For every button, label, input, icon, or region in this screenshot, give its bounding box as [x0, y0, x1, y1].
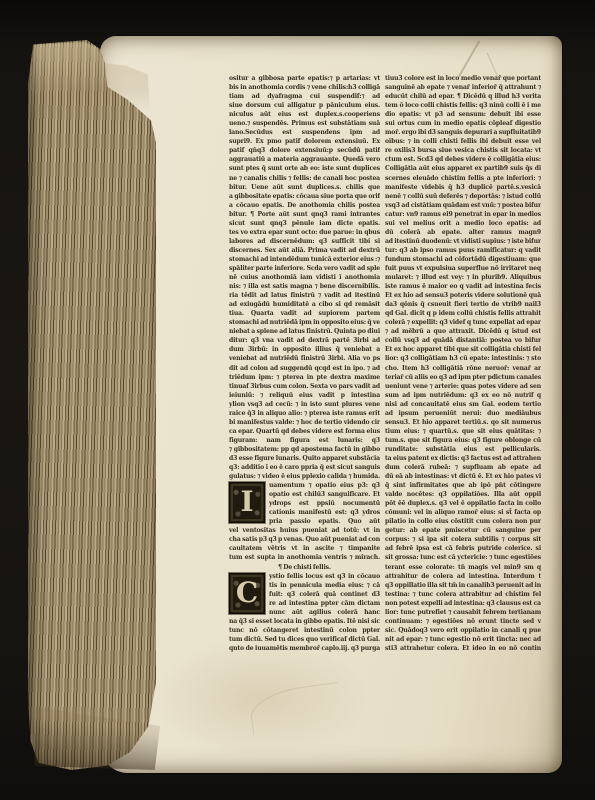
text-line: pōt ēē duplex.s. q3 vel ē oppilatio … [385, 499, 541, 508]
text-line: mularet: ⁊ illud est vey: ⁊ in plurib9. … [385, 273, 541, 282]
text-line: manifeste videbis q̄ h3 duplicē partē.… [385, 183, 541, 192]
text-line: stomachi ad intendēdum tunicā exterior… [229, 255, 380, 264]
text-line: ca epar. Quartū qd debes videre est for… [229, 427, 380, 436]
text-line: fuit puus vt expulsiua superflue nō irr… [385, 264, 541, 273]
text-line: ueniunt vene ⁊ arterie: quas potes vider… [385, 382, 541, 391]
text-line: fundum stomachi ad cōfortādū digestiu… [385, 255, 541, 264]
text-line: qnto de iuuamētis membror̄ caplo.iij. q… [229, 644, 380, 653]
text-line: labores ad discernēdum: q3 sufficit tib… [229, 237, 380, 246]
text-line: tiam ad dyafragma cui suspendif:⁊ ad spo… [229, 92, 380, 101]
text-line: testina: ⁊ tunc colera attrabitur ad chi… [385, 590, 541, 599]
text-line: tis in pennicula media eius: ⁊ cā huius [269, 581, 380, 590]
text-line: ad febrē ipsa est cā febris putride co… [385, 544, 541, 553]
text-line: qd Gal. dicit q p idem collū chistis fe… [385, 309, 541, 318]
chapter-heading: ¶ De chisti fellis. [229, 563, 380, 572]
text-line: tiuu3 colore est in loco medio venar̄ qu… [385, 74, 541, 83]
text-line: bis in anothomia cordis ⁊ vene chilis:h3… [229, 83, 380, 92]
text-line: ria tēdit ad latus finistrū ⁊ vadit ad… [229, 291, 380, 300]
text-line: sti3 attrahetur colera. Et ideo in eo no… [385, 644, 541, 653]
book-fore-edge-leaves [28, 40, 156, 770]
text-column-right: tiuu3 colore est in loco medio venar̄ qu… [385, 74, 541, 653]
text-line: bitur. ¶ Porte aūt sunt qnq3 rami intra… [229, 210, 380, 219]
book-photograph: ositur a gibbosa parte epatis:⁊ p artari… [0, 0, 595, 800]
text-line: uamentum ⁊ opatio eius p3: q3 eius [269, 481, 380, 490]
text-line: sui vel melius orit a medio loco epatis:… [385, 219, 541, 228]
text-line: tem ō loco colli chistis fellis: q3 ninu… [385, 101, 541, 110]
text-line: dum colerā rubeā: ⁊ supfluam ab epate … [385, 463, 541, 472]
text-line: sic. Quādoq3 vero erit oppilatio in can… [385, 626, 541, 635]
text-line: colerā ⁊ expellit: q3 videf q tunc expe… [385, 318, 541, 327]
text-line: oibus: ⁊ in colli chisti fellis ibi debu… [385, 137, 541, 146]
text-line: q3: additio ī eo ē caro ppria q̄ est si… [229, 463, 380, 472]
text-line: Et ex hoc apparet tibi que sit colligāt… [385, 345, 541, 354]
text-line: raice q̄3 in aliquo alio: ⁊ pterea iste … [229, 409, 380, 418]
text-line: re ad intestina ppter cām dictam sup9: [269, 599, 380, 608]
text-line: lior: tunc putrefiet ⁊ causabit febrem t… [385, 608, 541, 617]
text-line: lior: q3 colligātiam h3 cū epate: inte… [385, 354, 541, 363]
text-line: mor̄. ergo ibi d3 sanguis depurari a sup… [385, 128, 541, 137]
text-line: tur: q3 ab ipso ramus puus ramificatur: … [385, 246, 541, 255]
text-line: tiua. Quarta vadit ad supiorem partem de… [229, 309, 380, 318]
woodcut-initial-i: I [229, 482, 265, 523]
text-line: opatio est chilū3 sanguificare. Et quia [269, 490, 380, 499]
text-line: vel ventositas huius pueniat ad totū: v… [229, 526, 380, 535]
text-line: sicut sunt qnq3 pēnule iam dicte epatis… [229, 219, 380, 228]
text-line: discernes. Sex aūt aliā. Prima vadit a… [229, 246, 380, 255]
text-line: ditur: q3 vna vadit ad dextrā partē 3i… [229, 336, 380, 345]
text-line: educūt chilū ad epar. ¶ Dicēdū q ill… [385, 92, 541, 101]
text-line: ositur a gibbosa parte epatis:⁊ p artari… [229, 74, 380, 83]
text-line: scernes eleuādo chistim fellis a pte in… [385, 174, 541, 183]
text-line: sui ortus cum in medio epatis cōpleaf d… [385, 119, 541, 128]
text-line: bitur. Uene aūt sunt duplices.s. chilis… [229, 183, 380, 192]
text-line: sensu3. Et hio apparet tertiū.s. qo sit… [385, 418, 541, 427]
text-line: dit ad colon ad suggendū qcqd est in ip… [229, 364, 380, 373]
text-line: spāliter parte inferiore. Scda vero vad… [229, 264, 380, 273]
text-line: cho. Item h3 colligātiā rōne neruor̄:… [385, 364, 541, 373]
text-line: ta eius patent ex dictis: q3 factus est … [385, 454, 541, 463]
text-line: figuram: nam figura est lunaris: q3 cōc… [229, 436, 380, 445]
text-line: pria passio epatis. Quo aūt acquisitū [269, 517, 380, 526]
text-line: tum.s. que sit figura eius: q3 figure ob… [385, 436, 541, 445]
text-line: veniebat ad nutriēdū finistrū 3irbi. … [229, 354, 380, 363]
text-line: tinuaf 3irbus cum colon. Sexta vo pars v… [229, 382, 380, 391]
text-line: pilatio in collo eius cōstitit cum cole… [385, 517, 541, 526]
text-line: ad itestinū duodenū: vt vidisti supius… [385, 237, 541, 246]
text-line: dū colerā ab epate. alter ramus magn9 … [385, 228, 541, 237]
text-line: lano.Secūdus est suspendens ipm ad dyaf… [229, 128, 380, 137]
text-line: tes vo extra epar sunt octo: due parue: … [229, 228, 380, 237]
text-column-left: ositur a gibbosa parte epatis:⁊ p artari… [229, 74, 380, 653]
text-line: stomachi ad nutriēdā ipm in opposito e… [229, 318, 380, 327]
text-line: a gibbositate epatis: cōcaua siue porta… [229, 192, 380, 201]
text-line: niculus aūt eius est duplex.s.cooperien… [229, 110, 380, 119]
text-line: nē cuius anothomiā iam vidisti ī anoth… [229, 273, 380, 282]
text-line: aggrauatiū a materia aggrauante. Quedā… [229, 155, 380, 164]
text-line: ydrops est ppsiū nocumentū sanguifi [269, 499, 380, 508]
text-line: triēdum ipm: ⁊ pterea in pte dextra max… [229, 373, 380, 382]
text-line: nunc aūt agilius colerā hanc trāsmitt… [269, 608, 380, 617]
text-line: na q̄3 si esset locata in gibbo epatis. … [229, 617, 380, 626]
text-line: ⁊ gibbositatem: pp qd apostema factū in… [229, 445, 380, 454]
text-line: ctum est. Scd3 qd debes videre ē collig… [385, 155, 541, 164]
text-line: Colligātia aūt eius apparet ex partib9… [385, 164, 541, 173]
text-line: tunc nō cōtangeret intestinū colon pp… [229, 626, 380, 635]
text-line: sit grossa: tunc est cā yctericie: ⁊ tu… [385, 553, 541, 562]
text-line: collū vsq3 ad quādā distantiā: poste… [385, 336, 541, 345]
text-line: terant esse colorate: tn̄ magis vel min9… [385, 563, 541, 572]
text-line: cationis manifestū est: q3 ydros est p [269, 508, 380, 517]
text-line: valde nocētes: q3 oppilatiōes. Illa au… [385, 490, 541, 499]
text-line: Et ex hio ad sensu3 poteris videre solut… [385, 291, 541, 300]
text-line: nenē ⁊ collū suū deferēs ⁊ deportās… [385, 192, 541, 201]
text-line: getur: ab epate pmiscetur cū sanguine p… [385, 526, 541, 535]
text-line: nisi ad concauitatē eius sm Gal. eodem … [385, 400, 541, 409]
text-line: re oxilis3 bursa siue vesica chistis sit… [385, 146, 541, 155]
text-line: corpus: ⁊ si ipa sit colera subtilis ⁊ c… [385, 535, 541, 544]
text-line: q̄ sint infirmitates que ab ipō pn̄t co… [385, 481, 541, 490]
woodcut-initial-c: C [229, 573, 265, 614]
text-line: sum ad ipm nutriēdum: q3 ex eo nō nutr… [385, 391, 541, 400]
text-line: tum est supta in anothomia ventris ⁊ mir… [229, 553, 380, 562]
text-line: attrahitur de colera ad intestina. Inter… [385, 572, 541, 581]
text-line: a cōcauo epatis. De anothomia chilis po… [229, 201, 380, 210]
text-line: bi manifestus valde: ⁊ hoc de tertio vid… [229, 418, 380, 427]
text-line: fuit: q3 colerā quā continet d3 trāsm… [269, 590, 380, 599]
text-line: nis: ⁊ illa est satis magna ⁊ bene disce… [229, 282, 380, 291]
text-line: nit ad epar: ⁊ tunc egestio nō erit tin… [385, 635, 541, 644]
text-line: dio epatis: vt p3 ad sensum: debuit ibi … [385, 110, 541, 119]
text-line: patif qn̄q3 dolore extensiuū:p secūdū… [229, 146, 380, 155]
text-line: da3 qōnis q̄ csueuit fieri tertio de vt… [385, 300, 541, 309]
text-line: ystio fellis locus est q3 in cōcauo epa [269, 572, 380, 581]
text-line: iste ramus ē maior eo q vadit ad intest… [385, 282, 541, 291]
text-line: vsq3 ad cistātiam quādam est vnū: ⁊ p… [385, 201, 541, 210]
text-line: sunt ptes q̄ sunt orte ab eo: iste sunt … [229, 164, 380, 173]
text-line: cauitatem vētris vt in ascite ⁊ timpani… [229, 544, 380, 553]
text-line: runditate: substātia eius est pellicula… [385, 445, 541, 454]
text-line: tum dictū. Sed tu dices quo verificaf d… [229, 635, 380, 644]
text-line: ueno.⁊ suspendēs. Primus est substātia… [229, 119, 380, 128]
text-line: d3 esse figure lunaris. Quito apparet su… [229, 454, 380, 463]
text-line: ad ipsum perueniūt nerui: duo mediāubu… [385, 409, 541, 418]
text-line: q3 oppillatio illa sit tm̄ in canalib3 p… [385, 581, 541, 590]
text-line: dum 3irbū: in opposito illius q̄ venieb… [229, 345, 380, 354]
text-line: ieiuniū: ⁊ reliquū eius vadit p intest… [229, 391, 380, 400]
text-line: teriar̄ cū aliis eo q3 ad ipm pter pdic… [385, 373, 541, 382]
text-line: ylion vsq3 ad cecū: ⁊ in isto sunt plur… [229, 400, 380, 409]
text-line: niebat a splene ad latus finistrū. Quin… [229, 327, 380, 336]
text-line: tium eius: ⁊ quartū.s. que sit eius qua… [385, 427, 541, 436]
text-line: catur: vn9 ramus ei9 penetrat in epar in… [385, 210, 541, 219]
text-line: ne ⁊ canalis chilis ⁊ fellis: de canali … [229, 174, 380, 183]
text-line: non potest expelli ad intestina: q3 clau… [385, 599, 541, 608]
text-line: cha satis p3 q3 p venas. Quo aūt puenia… [229, 535, 380, 544]
text-line: continuam: ⁊ egestiōes nō erunt tincte… [385, 617, 541, 626]
text-line: ⁊ ad mēbrū a quo attraxit. Dicēdū q … [385, 327, 541, 336]
text-line: cōmuni: vel in aliquo ramor̄ eius: si s… [385, 508, 541, 517]
text-line: dū eā ab intestinas: vt dictū ē. Et … [385, 472, 541, 481]
text-line: supri9. Ex pmo patif dolorem extensiuū.… [229, 137, 380, 146]
text-line: siue dorsum cui alligatur p pāniculum e… [229, 101, 380, 110]
text-line: ad exiugādū humiditatē a cibo si qd r… [229, 300, 380, 309]
text-line: gulatus: ⁊ video ē eius pplexio calida … [229, 472, 380, 481]
text-line: sanguinē ab epate ⁊ venar̄ inferior̄ q̄… [385, 83, 541, 92]
